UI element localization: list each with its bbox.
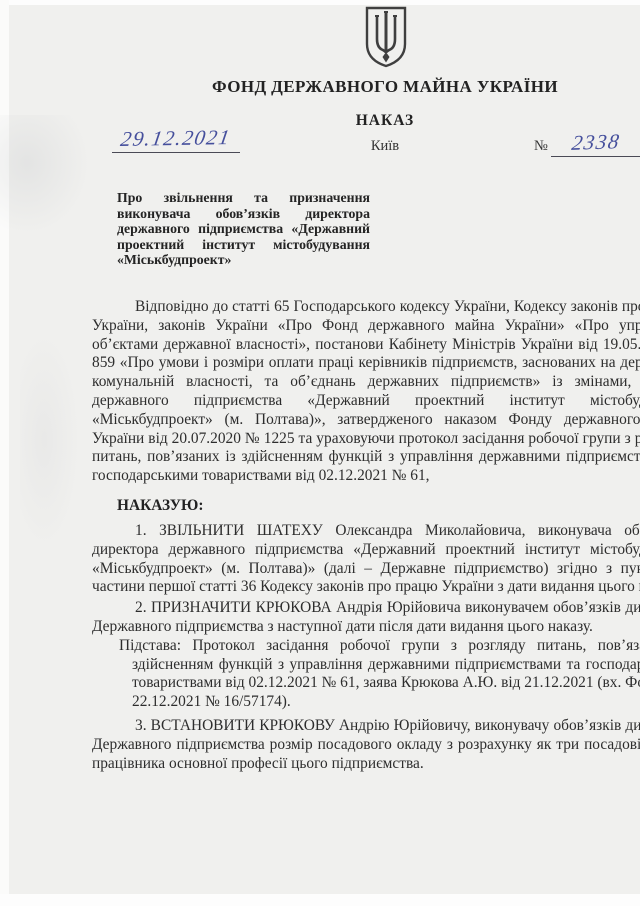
- scanned-document-viewport: ФОНД ДЕРЖАВНОГО МАЙНА УКРАЇНИ НАКАЗ 29.1…: [0, 0, 640, 906]
- tryzub-emblem-icon: [364, 6, 408, 68]
- preamble-paragraph: Відповідно до статті 65 Господарського к…: [92, 298, 640, 486]
- order-item-3: 3. ВСТАНОВИТИ КРЮКОВУ Андрію Юрійовичу, …: [92, 717, 640, 773]
- order-item-2-basis: Підстава: Протокол засідання робочої гру…: [119, 637, 640, 712]
- number-sign-label: №: [534, 138, 548, 157]
- number-underline: 2338: [551, 130, 640, 157]
- handwritten-date: 29.12.2021: [119, 125, 233, 152]
- scan-edge-top: [0, 0, 640, 5]
- order-heading: НАКАЗУЮ:: [117, 496, 640, 515]
- order-subject: Про звільнення та призначення виконувача…: [117, 190, 370, 268]
- scan-smudge: [20, 330, 80, 550]
- handwritten-number: 2338: [570, 129, 622, 156]
- organization-name: ФОНД ДЕРЖАВНОГО МАЙНА УКРАЇНИ: [0, 77, 640, 97]
- city-label: Київ: [340, 138, 430, 155]
- order-item-2: 2. ПРИЗНАЧИТИ КРЮКОВА Андрія Юрійовича в…: [92, 599, 640, 637]
- date-field: 29.12.2021: [112, 126, 240, 153]
- document-body: Відповідно до статті 65 Господарського к…: [92, 298, 640, 773]
- scan-smudge: [0, 115, 90, 235]
- scan-edge-bottom: [0, 894, 640, 906]
- document-type-title: НАКАЗ: [0, 112, 640, 130]
- document-number-field: №2338: [534, 130, 640, 157]
- order-item-1: 1. ЗВІЛЬНИТИ ШАТЕХУ Олександра Миколайов…: [92, 522, 640, 597]
- document-page: ФОНД ДЕРЖАВНОГО МАЙНА УКРАЇНИ НАКАЗ 29.1…: [0, 0, 640, 906]
